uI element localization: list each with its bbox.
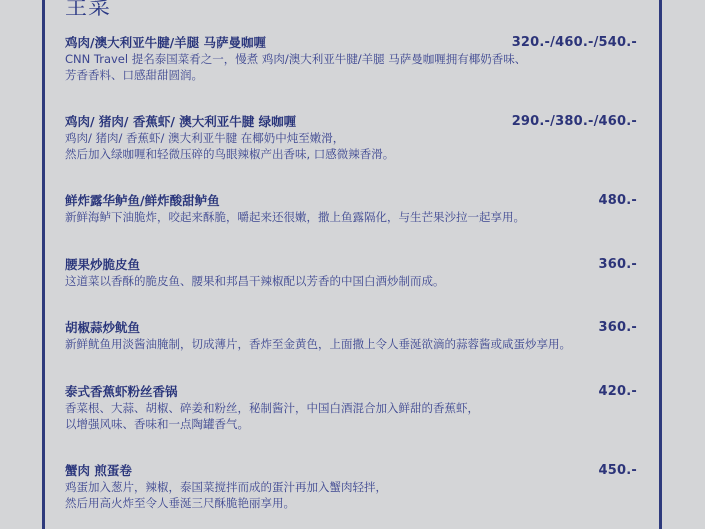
frame-border-right <box>659 0 662 529</box>
item-description-line: 鸡肉/ 猪肉/ 香蕉虾/ 澳大利亚牛腱 在椰奶中炖至嫩滑， <box>65 130 637 146</box>
item-price: 360.- <box>599 319 637 336</box>
menu-item: 腰果炒脆皮鱼 360.- 这道菜以香酥的脆皮鱼、腰果和邦昌干辣椒配以芳香的中国白… <box>65 256 637 289</box>
item-description-line: CNN Travel 提名泰国菜肴之一，慢煮 鸡肉/澳大利亚牛腱/羊腿 马萨曼咖… <box>65 51 637 67</box>
menu-item: 鲜炸露华鲈鱼/鲜炸酸甜鲈鱼 480.- 新鲜海鲈下油脆炸，咬起来酥脆，嚼起来还很… <box>65 192 637 225</box>
item-description-line: 然后加入绿咖喱和轻微压碎的鸟眼辣椒产出香味, 口感微辣香滑。 <box>65 146 637 162</box>
item-header: 腰果炒脆皮鱼 360.- <box>65 256 637 273</box>
frame-border-left <box>42 0 45 529</box>
item-header: 泰式香蕉虾粉丝香锅 420.- <box>65 383 637 400</box>
item-header: 鲜炸露华鲈鱼/鲜炸酸甜鲈鱼 480.- <box>65 192 637 209</box>
item-price: 480.- <box>599 192 637 209</box>
item-price: 320.-/460.-/540.- <box>512 34 637 51</box>
item-price: 290.-/380.-/460.- <box>512 113 637 130</box>
item-header: 胡椒蒜炒鱿鱼 360.- <box>65 319 637 336</box>
section-title: 主菜 <box>65 0 111 22</box>
menu-item: 鸡肉/澳大利亚牛腱/羊腿 马萨曼咖喱 320.-/460.-/540.- CNN… <box>65 34 637 83</box>
item-description-line: 芳香香料、口感甜甜圆润。 <box>65 67 637 83</box>
menu-page: 主菜 鸡肉/澳大利亚牛腱/羊腿 马萨曼咖喱 320.-/460.-/540.- … <box>0 0 705 529</box>
item-header: 鸡肉/澳大利亚牛腱/羊腿 马萨曼咖喱 320.-/460.-/540.- <box>65 34 637 51</box>
menu-item: 蟹肉 煎蛋卷 450.- 鸡蛋加入葱片，辣椒，泰国菜搅拌而成的蛋汁再加入蟹肉轻拌… <box>65 462 637 511</box>
item-name: 胡椒蒜炒鱿鱼 <box>65 319 140 336</box>
item-price: 450.- <box>599 462 637 479</box>
menu-item: 胡椒蒜炒鱿鱼 360.- 新鲜鱿鱼用淡酱油腌制，切成薄片，香炸至金黄色，上面撒上… <box>65 319 637 352</box>
menu-item: 泰式香蕉虾粉丝香锅 420.- 香菜根、大蒜、胡椒、碎姜和粉丝，秘制酱汁，中国白… <box>65 383 637 432</box>
item-name: 腰果炒脆皮鱼 <box>65 256 140 273</box>
item-name: 鸡肉/澳大利亚牛腱/羊腿 马萨曼咖喱 <box>65 34 266 51</box>
item-name: 泰式香蕉虾粉丝香锅 <box>65 383 178 400</box>
item-header: 蟹肉 煎蛋卷 450.- <box>65 462 637 479</box>
item-name: 鸡肉/ 猪肉/ 香蕉虾/ 澳大利亚牛腱 绿咖喱 <box>65 113 296 130</box>
menu-item: 鸡肉/ 猪肉/ 香蕉虾/ 澳大利亚牛腱 绿咖喱 290.-/380.-/460.… <box>65 113 637 162</box>
item-name: 鲜炸露华鲈鱼/鲜炸酸甜鲈鱼 <box>65 192 220 209</box>
item-name: 蟹肉 煎蛋卷 <box>65 462 132 479</box>
item-price: 420.- <box>599 383 637 400</box>
item-price: 360.- <box>599 256 637 273</box>
item-description-line: 鸡蛋加入葱片，辣椒，泰国菜搅拌而成的蛋汁再加入蟹肉轻拌， <box>65 479 637 495</box>
item-description-line: 新鲜海鲈下油脆炸，咬起来酥脆，嚼起来还很嫩，撒上鱼露隔化，与生芒果沙拉一起享用。 <box>65 209 637 225</box>
item-description-line: 香菜根、大蒜、胡椒、碎姜和粉丝，秘制酱汁，中国白酒混合加入鲜甜的香蕉虾， <box>65 400 637 416</box>
item-description-line: 以增强风味、香味和一点陶罐香气。 <box>65 416 637 432</box>
item-header: 鸡肉/ 猪肉/ 香蕉虾/ 澳大利亚牛腱 绿咖喱 290.-/380.-/460.… <box>65 113 637 130</box>
item-description-line: 然后用高火炸至令人垂涎三尺酥脆艳丽享用。 <box>65 495 637 511</box>
item-description-line: 新鲜鱿鱼用淡酱油腌制，切成薄片，香炸至金黄色，上面撒上令人垂涎欲滴的蒜蓉酱或咸蛋… <box>65 336 637 352</box>
item-description-line: 这道菜以香酥的脆皮鱼、腰果和邦昌干辣椒配以芳香的中国白酒炒制而成。 <box>65 273 637 289</box>
